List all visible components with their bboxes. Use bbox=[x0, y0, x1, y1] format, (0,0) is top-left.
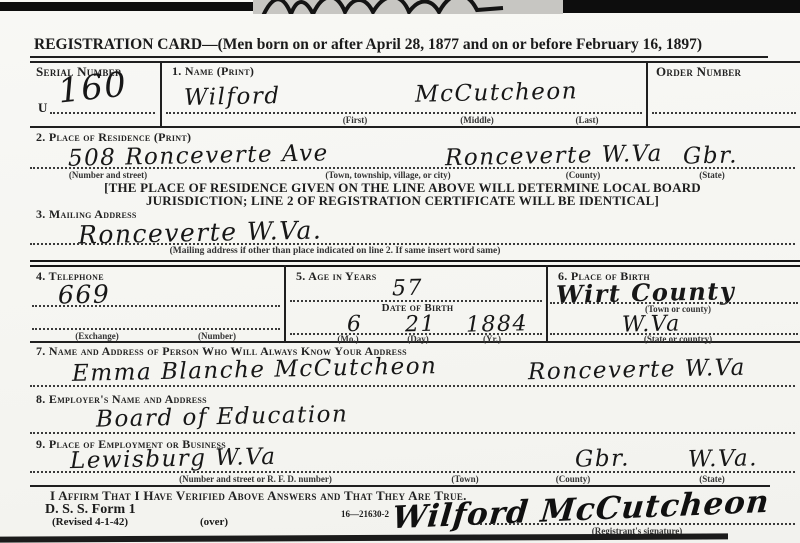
form-revised: (Revised 4-1-42) bbox=[52, 516, 128, 528]
section-heavy-rule bbox=[30, 260, 800, 267]
contact-address-value: Ronceverte W.Va bbox=[528, 355, 746, 386]
box1-bottom-border bbox=[30, 126, 800, 128]
title-underline bbox=[30, 56, 768, 58]
name-sub-middle: (Middle) bbox=[432, 115, 522, 125]
form-title: REGISTRATION CARD—(Men born on or after … bbox=[34, 36, 702, 54]
residence-sub-street: (Number and street) bbox=[38, 170, 178, 180]
birthplace-sub-state: (State or country) bbox=[598, 334, 758, 344]
box1-divider-2 bbox=[646, 61, 648, 128]
age-label: 5. Age in Years bbox=[296, 269, 377, 284]
row456-divider-2 bbox=[546, 265, 548, 342]
telephone-line2 bbox=[32, 328, 280, 330]
dob-sub-day: (Day) bbox=[388, 334, 448, 344]
employer-value: Board of Education bbox=[96, 401, 349, 432]
box1-top-border bbox=[30, 61, 800, 63]
serial-number-line bbox=[50, 112, 155, 114]
cutoff-handwriting-icon bbox=[253, 0, 563, 14]
employment-line bbox=[30, 471, 795, 473]
order-number-line bbox=[652, 112, 796, 114]
form-title-detail: (Men born on or after April 28, 1877 and… bbox=[218, 36, 703, 53]
serial-number-value: 160 bbox=[56, 64, 129, 111]
order-number-label: Order Number bbox=[656, 64, 741, 80]
residence-sub-town: (Town, township, village, or city) bbox=[278, 170, 498, 180]
name-first-value: Wilford bbox=[184, 83, 281, 111]
name-sub-last: (Last) bbox=[542, 115, 632, 125]
name-last-value: McCutcheon bbox=[415, 78, 579, 107]
employer-line bbox=[30, 432, 795, 434]
age-value: 57 bbox=[392, 276, 424, 302]
employment-sub-county: (County) bbox=[533, 474, 613, 484]
scan-bottom-edge bbox=[0, 533, 728, 542]
name-sub-first: (First) bbox=[310, 115, 400, 125]
telephone-sub-exchange: (Exchange) bbox=[52, 331, 142, 341]
contact-line bbox=[30, 385, 795, 387]
telephone-line1 bbox=[32, 305, 280, 307]
employment-county-value: Gbr. bbox=[575, 445, 630, 472]
name-label: 1. Name (Print) bbox=[172, 64, 254, 79]
signature-line bbox=[480, 523, 795, 525]
dob-sub-yr: (Yr.) bbox=[462, 334, 522, 344]
employment-sub-street: (Number and street or R. F. D. number) bbox=[138, 474, 373, 484]
telephone-sub-number: (Number) bbox=[172, 331, 262, 341]
registration-card-scan: REGISTRATION CARD—(Men born on or after … bbox=[0, 0, 800, 543]
mailing-line bbox=[30, 243, 795, 245]
employment-sub-town: (Town) bbox=[430, 474, 500, 484]
serial-prefix: U bbox=[38, 100, 47, 116]
form-title-dash: — bbox=[202, 36, 218, 53]
residence-county-value: Gbr. bbox=[683, 142, 738, 169]
residence-sub-state: (State) bbox=[672, 170, 752, 180]
affirmation-top-rule bbox=[30, 485, 770, 487]
form-title-main: REGISTRATION CARD bbox=[34, 36, 202, 53]
employment-state-value: W.Va. bbox=[688, 445, 758, 472]
row456-divider-1 bbox=[284, 265, 286, 342]
print-code: 16—21630-2 bbox=[341, 509, 389, 519]
jurisdiction-line2: JURISDICTION; LINE 2 OF REGISTRATION CER… bbox=[30, 193, 775, 209]
cutoff-handwriting-patch bbox=[253, 0, 563, 14]
residence-sub-county: (County) bbox=[543, 170, 623, 180]
employment-sub-state: (State) bbox=[672, 474, 752, 484]
employment-street-value: Lewisburg W.Va bbox=[70, 444, 277, 474]
over-note: (over) bbox=[200, 516, 228, 528]
mailing-sub: (Mailing address if other than place ind… bbox=[115, 246, 555, 256]
name-line bbox=[166, 112, 642, 114]
dob-sub-mo: (Mo.) bbox=[318, 334, 378, 344]
box1-divider-1 bbox=[160, 61, 162, 128]
residence-line bbox=[30, 167, 795, 169]
scan-edge-bar-right bbox=[560, 0, 800, 13]
